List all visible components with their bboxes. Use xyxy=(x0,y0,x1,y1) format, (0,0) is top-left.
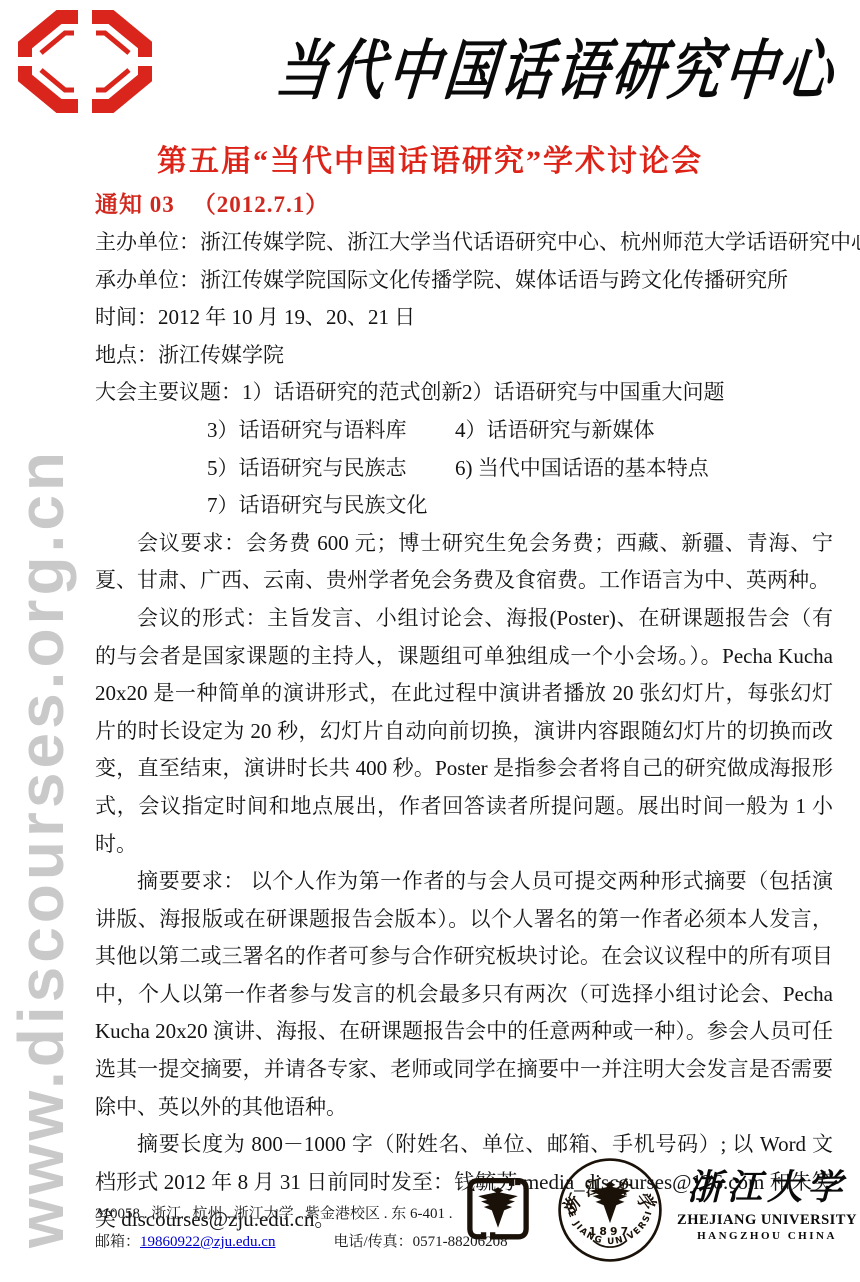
topic-item-2: 2）话语研究与中国重大问题 xyxy=(462,380,725,404)
zju-wordmark-cn: 浙江大学 xyxy=(676,1160,858,1210)
zju-wordmark: 浙江大学 ZHEJIANG UNIVERSITY HANGZHOU CHINA xyxy=(676,1160,858,1242)
notice-body: 主办单位：浙江传媒学院、浙江大学当代话语研究中心、杭州师范大学话语研究中心 承办… xyxy=(95,224,833,1239)
conference-title: 第五届“当代中国话语研究”学术讨论会 xyxy=(0,136,860,180)
footer-address: 310058 . 浙江 . 杭州 . 浙江大学 . 紫金港校区 . 东 6-40… xyxy=(95,1200,508,1228)
paragraph-abstract-rules: 摘要要求： 以个人作为第一作者的与会人员可提交两种形式摘要（包括演讲版、海报版或… xyxy=(95,863,833,1126)
time-line: 时间：2012 年 10 月 19、20、21 日 xyxy=(95,299,833,337)
site-watermark: www.discourses.org.cn xyxy=(4,178,78,1248)
zju-wordmark-sub: HANGZHOU CHINA xyxy=(676,1230,858,1242)
notice-label: 通知 03 xyxy=(95,192,175,217)
topics-row-3: 5）话语研究与民族志6) 当代中国话语的基本特点 xyxy=(95,450,833,488)
topics-row-2: 3）话语研究与语料库4）话语研究与新媒体 xyxy=(95,412,833,450)
topic-item-4: 4）话语研究与新媒体 xyxy=(455,418,655,442)
paragraph-format: 会议的形式：主旨发言、小组讨论会、海报(Poster)、在研课题报告会（有的与会… xyxy=(95,600,833,863)
topic-item-5: 5）话语研究与民族志 xyxy=(207,450,455,488)
notice-line: 通知 03（2012.7.1） xyxy=(95,186,329,219)
venue-line: 地点：浙江传媒学院 xyxy=(95,337,833,375)
masthead-calligraphy: 当代中国话语研究中心 xyxy=(272,18,847,112)
topics-row-4: 7）话语研究与民族文化 xyxy=(95,487,833,525)
topic-item-3: 3）话语研究与语料库 xyxy=(207,412,455,450)
center-octagon-logo-icon xyxy=(14,6,156,123)
email-label: 邮箱： xyxy=(95,1234,140,1250)
zju-wordmark-en: ZHEJIANG UNIVERSITY xyxy=(676,1212,858,1229)
zju-seal-icon: 浙江大学 1897 ZHE JIANG UNIVERSITY xyxy=(556,1156,664,1269)
notice-date: （2012.7.1） xyxy=(193,192,330,217)
topics-row-1: 大会主要议题：1）话语研究的范式创新2）话语研究与中国重大问题 xyxy=(95,374,833,412)
topic-item-7: 7）话语研究与民族文化 xyxy=(207,493,428,517)
topic-item-1: 1）话语研究的范式创新 xyxy=(242,374,462,412)
zju-eagle-frame-icon xyxy=(460,1172,536,1255)
organizer-line: 承办单位：浙江传媒学院国际文化传播学院、媒体话语与跨文化传播研究所 xyxy=(95,262,833,300)
document-page: www.discourses.org.cn 当代中国话语研究中心 xyxy=(0,0,860,1282)
host-line: 主办单位：浙江传媒学院、浙江大学当代话语研究中心、杭州师范大学话语研究中心 xyxy=(95,224,833,262)
topic-item-6: 6) 当代中国话语的基本特点 xyxy=(455,456,709,480)
paragraph-requirements: 会议要求：会务费 600 元；博士研究生免会务费；西藏、新疆、青海、宁夏、甘肃、… xyxy=(95,525,833,600)
email-link[interactable]: 19860922@zju.edu.cn xyxy=(140,1234,275,1250)
topics-label: 大会主要议题： xyxy=(95,380,242,404)
footer-contact-line: 邮箱：19860922@zju.edu.cn电话/传真：0571-8820620… xyxy=(95,1228,508,1256)
footer-contact: 310058 . 浙江 . 杭州 . 浙江大学 . 紫金港校区 . 东 6-40… xyxy=(95,1200,508,1256)
